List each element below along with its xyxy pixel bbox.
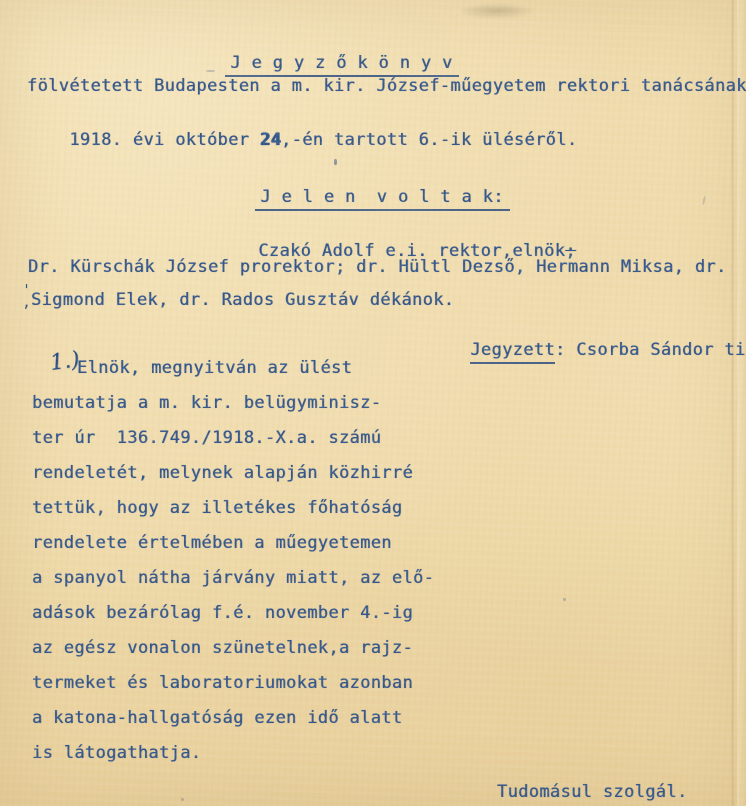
doc-title-text: J e g y z ő k ö n y v <box>225 53 458 77</box>
body-line: a spanyol nátha járvány miatt, az elő- <box>32 568 434 588</box>
paper-edge <box>737 0 746 806</box>
recorder-label: Jegyzett <box>470 340 555 364</box>
body-line: adások bezárólag f.é. november 4.-ig <box>32 603 413 623</box>
body-line: az egész vonalon szünetelnek,a rajz- <box>32 638 413 658</box>
sigmond-comma-mark: , <box>22 293 31 311</box>
attendee-line-2: Dr. Kürschák József prorektor; dr. Hültl… <box>28 257 727 277</box>
ink-speck <box>181 798 184 801</box>
body-line: is látogathatja. <box>32 743 201 763</box>
date-day-overstruck: 24 <box>260 130 281 150</box>
body-line: a katona-hallgatóság ezen idő alatt <box>32 708 402 728</box>
intro-line-2: 1918. évi október 24,-én tartott 6.-ik ü… <box>27 110 577 170</box>
intro-line-1: fölvétetett Budapesten a m. kir. József-… <box>27 76 746 96</box>
body-line: rendeletét, melynek alapján közhirré <box>32 463 413 483</box>
body-line: bemutatja a m. kir. belügyminisz- <box>32 393 381 413</box>
body-line: Elnök, megnyitván az ülést <box>77 358 352 378</box>
attendee-line-3: Sigmond Elek, dr. Rados Gusztáv dékánok. <box>31 290 454 310</box>
attendees-heading: J e l e n v o l t a k: <box>213 167 510 227</box>
ink-speck <box>563 598 566 601</box>
body-line: tettük, hogy az illetékes főhatóság <box>32 498 402 518</box>
body-line: rendelete értelmében a műegyetemen <box>32 533 392 553</box>
paper-fold-crease <box>731 0 734 806</box>
pencil-smudge <box>458 3 536 19</box>
ink-speck <box>702 196 706 205</box>
closing-line: Tudomásul szolgál. <box>497 782 688 802</box>
body-line: termeket és laboratoriumokat azonban <box>32 673 413 693</box>
document-page: J e g y z ő k ö n y v fölvétetett Budape… <box>0 0 746 806</box>
recorder-line: Jegyzett: Csorba Sándor titkár <box>428 320 746 380</box>
body-line: ter úr 136.749./1918.-X.a. számú <box>32 428 381 448</box>
attendees-heading-text: J e l e n v o l t a k: <box>255 187 509 211</box>
recorder-value: : Csorba Sándor titkár <box>555 340 746 360</box>
date-suffix: ,-én tartott 6.-ik üléséről. <box>281 130 577 150</box>
date-prefix: 1918. évi október <box>69 130 260 150</box>
